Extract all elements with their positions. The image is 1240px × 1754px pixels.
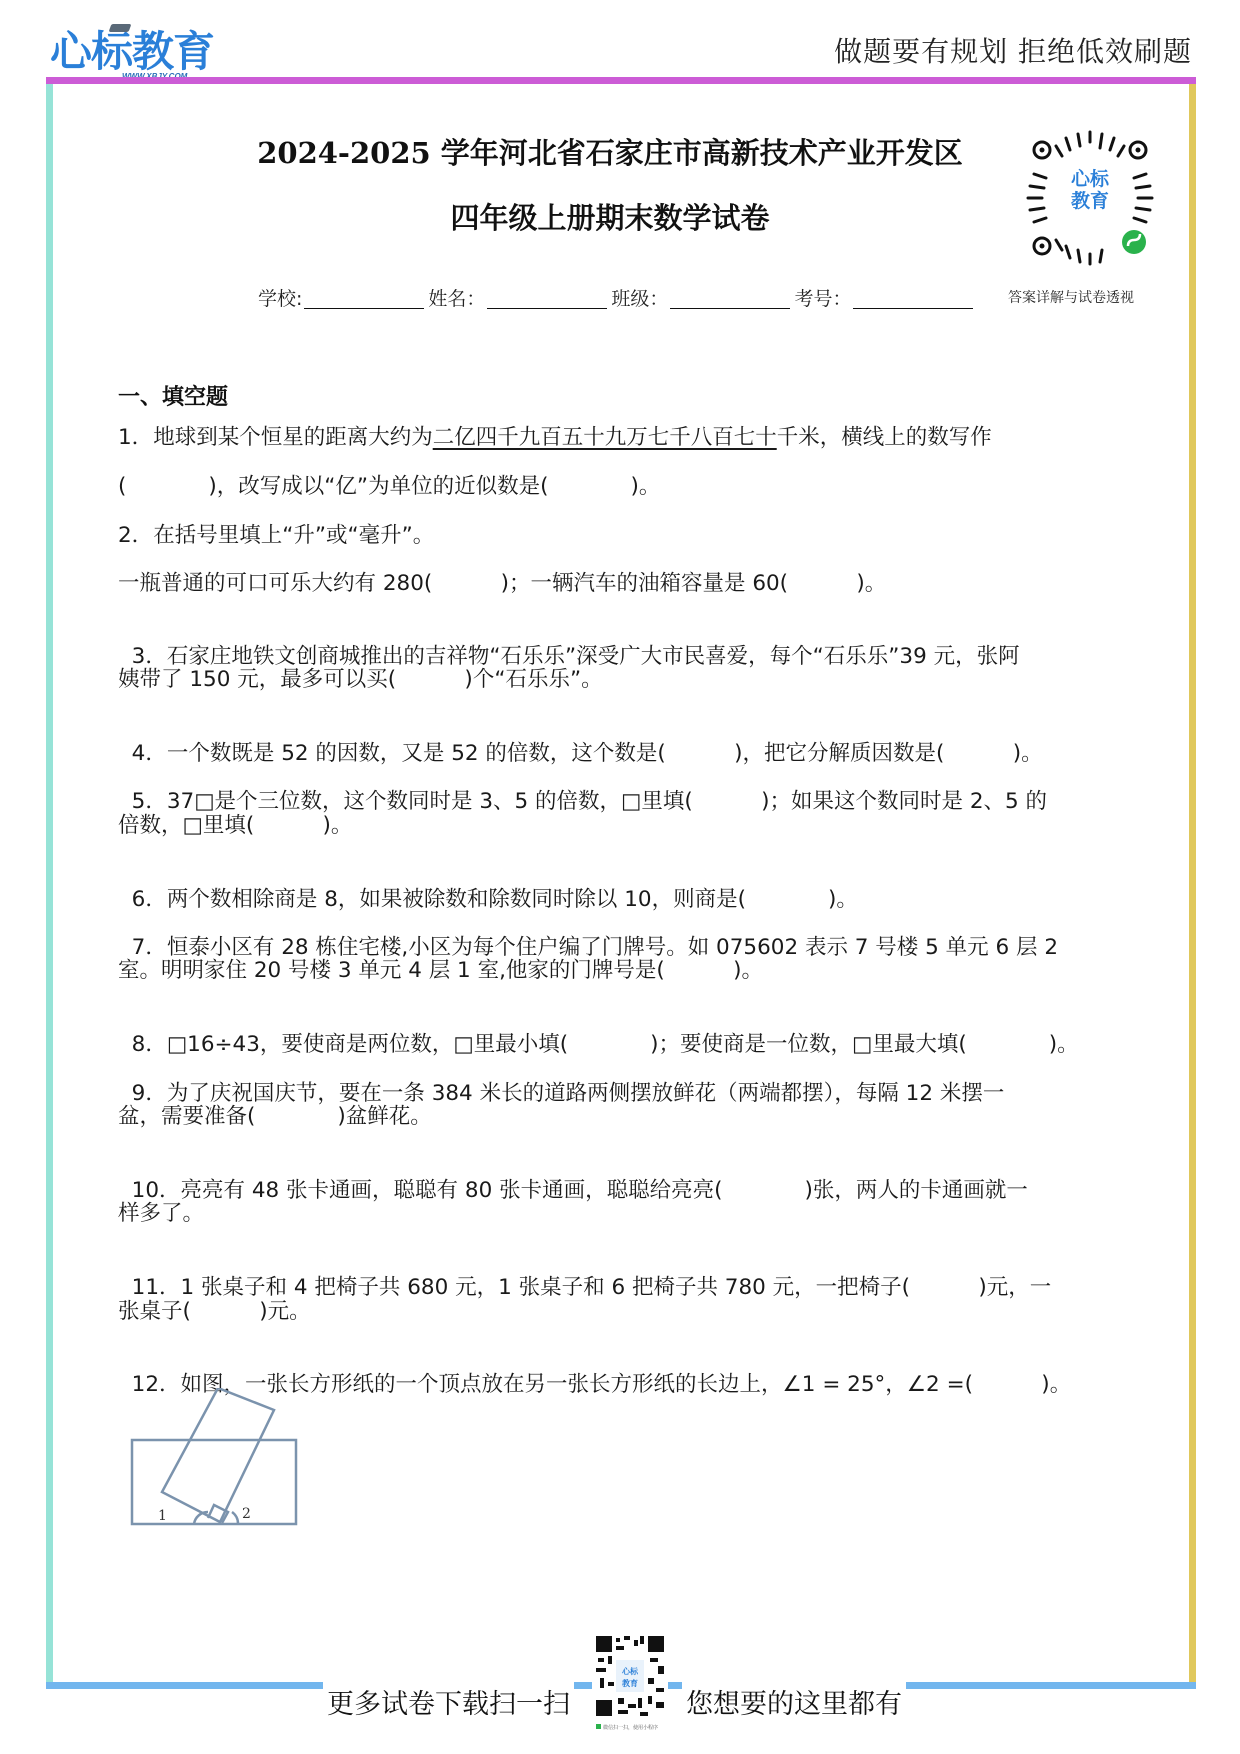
question-number: 1． <box>118 425 153 450</box>
qr-code-icon: 心标 教育 微信扫一扫，使用小程序 <box>592 1632 668 1732</box>
question-10-line-2: 样多了。 <box>118 1196 204 1227</box>
graduation-cap-icon <box>109 24 132 32</box>
exam-title-line2: 四年级上册期末数学试卷 <box>160 196 1060 237</box>
header-slogan: 做题要有规划 拒绝低效刷题 <box>834 30 1192 70</box>
question-1-line-1: 1．地球到某个恒星的距离大约为二亿四千九百五十九万七千八百七十千米，横线上的数写… <box>118 420 992 451</box>
footer-qr-caption: 微信扫一扫，使用小程序 <box>603 1724 658 1731</box>
rectangles-angle-figure: 1 2 <box>128 1388 308 1532</box>
question-2-line-2: 一瓶普通的可口可乐大约有 280( )；一辆汽车的油箱容量是 60( )。 <box>118 566 886 597</box>
question-text: 地球到某个恒星的距离大约为 <box>153 425 433 450</box>
logo-text: 心标教育 <box>50 28 214 75</box>
left-border-bar <box>46 84 53 1684</box>
underlined-number-text: 二亿四千九百五十九万七千八百七十 <box>433 425 777 450</box>
question-5-line-2: 倍数，□里填( )。 <box>118 808 352 839</box>
right-border-bar <box>1189 84 1196 1684</box>
question-5-line-1: 5．37□是个三位数，这个数同时是 3、5 的倍数，□里填( )；如果这个数同时… <box>118 759 1047 815</box>
question-11-line-1: 11．1 张桌子和 4 把椅子共 680 元，1 张桌子和 6 把椅子共 780… <box>118 1245 1051 1301</box>
question-9-line-2: 盆，需要准备( )盆鲜花。 <box>118 1099 432 1130</box>
exam-number-label: 考号： <box>794 284 851 311</box>
exam-number-field[interactable] <box>853 290 973 309</box>
qr-logo-line1: 心标 <box>1060 168 1120 190</box>
footer-qr-logo-line1: 心标 <box>621 1666 639 1676</box>
exam-title-line1: 2024-2025 学年河北省石家庄市高新技术产业开发区 <box>160 131 1060 172</box>
class-field[interactable] <box>670 290 790 309</box>
question-8-line-1: 8．□16÷43，要使商是两位数，□里最小填( )；要使商是一位数，□里最大填(… <box>118 1002 1079 1058</box>
miniprogram-qr-code[interactable]: 心标 教育 <box>1020 128 1160 268</box>
question-11-line-2: 张桌子( )元。 <box>118 1294 311 1325</box>
section-heading: 一、填空题 <box>118 380 228 411</box>
question-3-line-2: 姨带了 150 元，最多可以买( )个“石乐乐”。 <box>118 662 603 693</box>
question-7-line-2: 室。明明家住 20 号楼 3 单元 4 层 1 室,他家的门牌号是( )。 <box>118 953 763 984</box>
school-label: 学校: <box>258 284 302 311</box>
brand-logo: 心标教育 WWW.XBJY.COM <box>50 22 214 74</box>
question-2-line-1: 2．在括号里填上“升”或“毫升”。 <box>118 518 434 549</box>
question-10-line-1: 10．亮亮有 48 张卡通画，聪聪有 80 张卡通画，聪聪给亮亮( )张，两人的… <box>118 1148 1028 1204</box>
qr-center-logo: 心标 教育 <box>1060 168 1120 212</box>
class-label: 班级： <box>611 284 668 311</box>
question-text: 千米，横线上的数写作 <box>777 425 992 450</box>
qr-caption: 答案详解与试卷透视 <box>1008 287 1134 307</box>
question-1-line-2: ( )，改写成以“亿”为单位的近似数是( )。 <box>118 469 660 500</box>
question-text: 1 张桌子和 4 把椅子共 680 元，1 张桌子和 6 把椅子共 780 元，… <box>181 1275 1052 1300</box>
question-text: 亮亮有 48 张卡通画，聪聪有 80 张卡通画，聪聪给亮亮( )张，两人的卡通画… <box>181 1178 1028 1203</box>
qr-logo-line2: 教育 <box>1060 190 1120 212</box>
top-border-bar <box>46 77 1196 84</box>
name-field[interactable] <box>487 290 607 309</box>
footer-right-text: 您想要的这里都有 <box>682 1682 906 1721</box>
question-text: 在括号里填上“升”或“毫升”。 <box>153 523 434 548</box>
name-label: 姓名： <box>428 284 485 311</box>
question-text: 如图，一张长方形纸的一个顶点放在另一张长方形纸的长边上，∠1 = 25°，∠2 … <box>181 1372 1072 1397</box>
geometry-diagram-icon: 1 2 <box>128 1388 308 1532</box>
question-number: 2． <box>118 523 153 548</box>
student-info-row: 学校: 姓名： 班级： 考号： <box>258 284 977 311</box>
angle-1-label: 1 <box>158 1508 167 1524</box>
footer-left-text: 更多试卷下载扫一扫 <box>323 1682 574 1721</box>
download-qr-code[interactable]: 心标 教育 微信扫一扫，使用小程序 <box>592 1632 668 1732</box>
footer-qr-logo-line2: 教育 <box>621 1678 638 1688</box>
angle-2-label: 2 <box>242 1506 251 1522</box>
school-field[interactable] <box>304 290 424 309</box>
